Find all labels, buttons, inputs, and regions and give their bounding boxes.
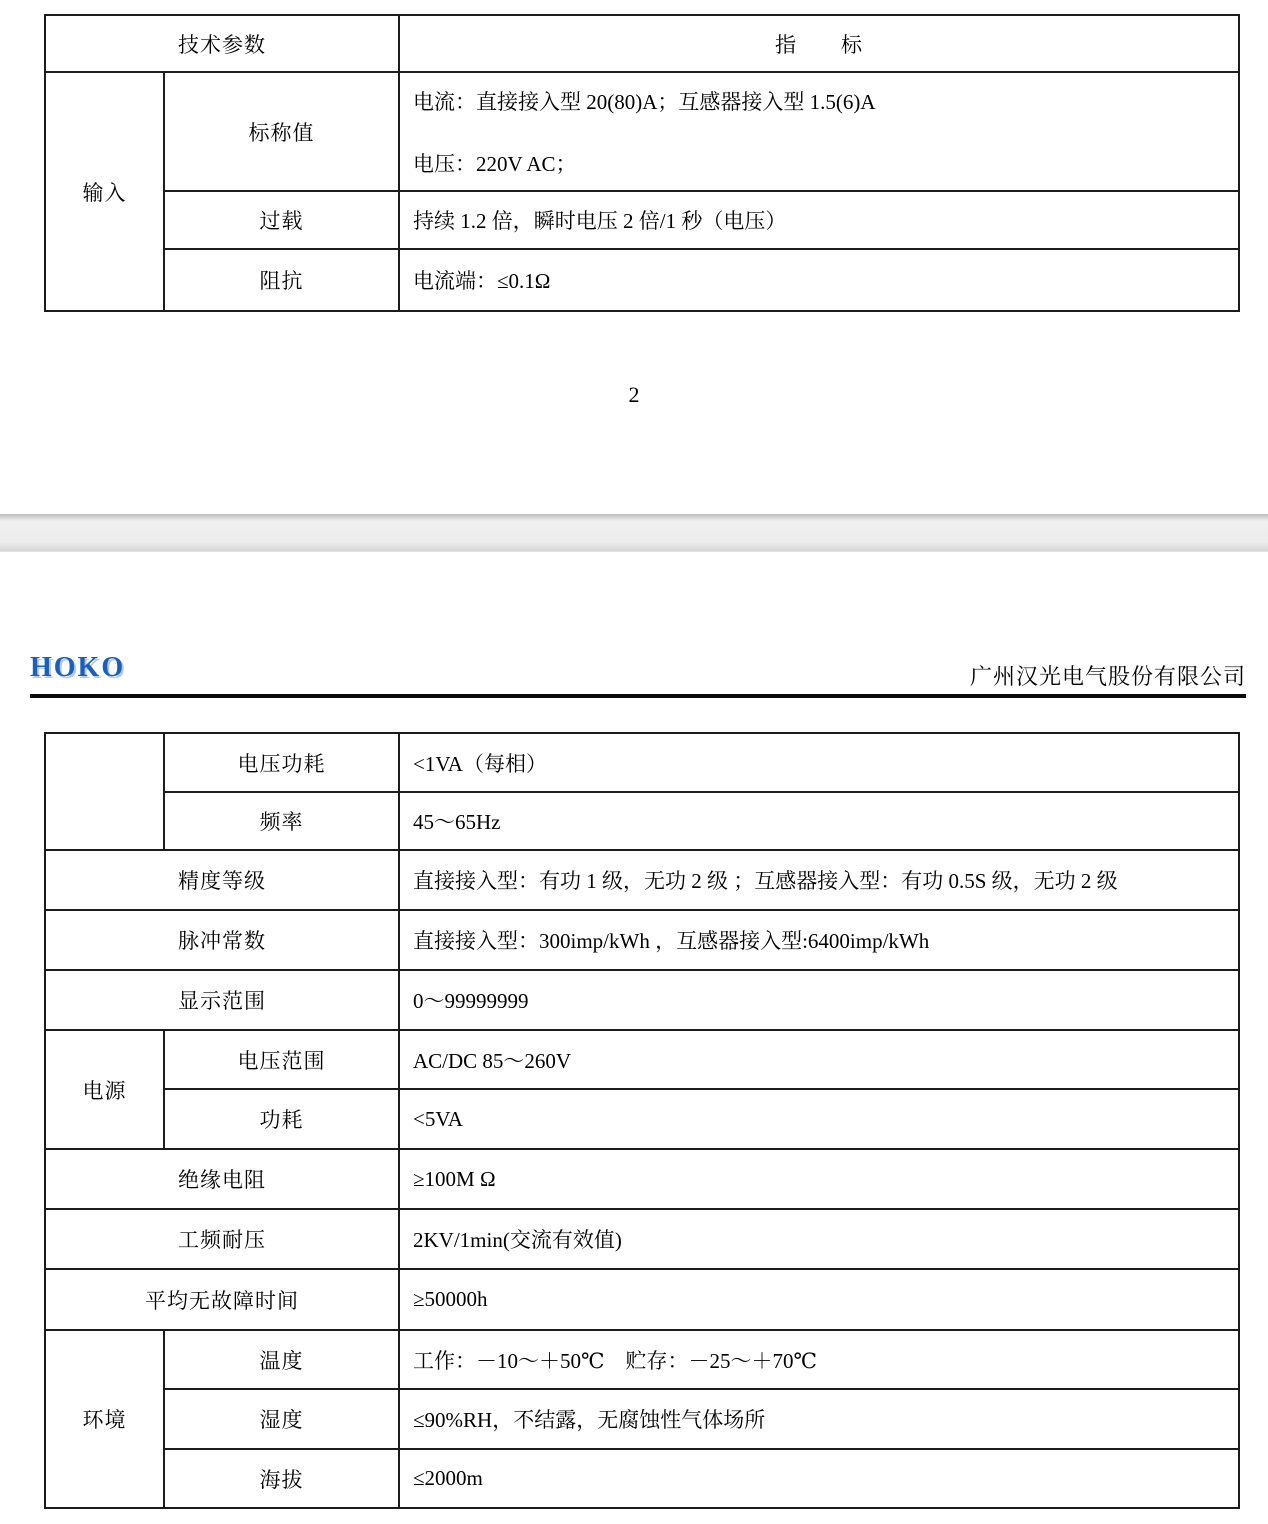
table-row: 技术参数 指 标 [45, 15, 1239, 72]
param-value-altitude: ≤2000m [399, 1449, 1239, 1508]
param-value-pulse-constant: 直接接入型：300imp/kWh ，互感器接入型:6400imp/kWh [399, 910, 1239, 970]
group-label-environment: 环境 [45, 1330, 164, 1508]
param-value-overload: 持续 1.2 倍，瞬时电压 2 倍/1 秒（电压） [399, 191, 1239, 249]
table-row: 电压功耗 <1VA（每相） [45, 733, 1239, 792]
table-row: 频率 45～65Hz [45, 792, 1239, 850]
nominal-voltage-line: 电压：220V AC； [413, 148, 1230, 178]
param-label-nominal: 标称值 [164, 72, 399, 191]
table-row: 平均无故障时间 ≥50000h [45, 1269, 1239, 1330]
table-row: 精度等级 直接接入型：有功 1 级，无功 2 级 ；互感器接入型：有功 0.5S… [45, 850, 1239, 910]
table-row: 环境 温度 工作：－10～＋50℃ 贮存：－25～＋70℃ [45, 1330, 1239, 1389]
table-row: 绝缘电阻 ≥100M Ω [45, 1149, 1239, 1209]
header-rule [30, 694, 1246, 698]
param-label-altitude: 海拔 [164, 1449, 399, 1508]
group-label-power: 电源 [45, 1030, 164, 1149]
param-label-temperature: 温度 [164, 1330, 399, 1389]
table-row: 脉冲常数 直接接入型：300imp/kWh ，互感器接入型:6400imp/kW… [45, 910, 1239, 970]
param-label-pulse-constant: 脉冲常数 [45, 910, 399, 970]
group-label-input: 输入 [45, 72, 164, 311]
param-value-voltage-range: AC/DC 85～260V [399, 1030, 1239, 1089]
param-label-display-range: 显示范围 [45, 970, 399, 1030]
company-name: 广州汉光电气股份有限公司 [970, 660, 1246, 691]
table-row: 阻抗 电流端：≤0.1Ω [45, 249, 1239, 311]
param-value-nominal: 电流：直接接入型 20(80)A；互感器接入型 1.5(6)A 电压：220V … [399, 72, 1239, 191]
param-value-impedance: 电流端：≤0.1Ω [399, 249, 1239, 311]
param-value-accuracy: 直接接入型：有功 1 级，无功 2 级 ；互感器接入型：有功 0.5S 级，无功… [399, 850, 1239, 910]
brand-logo: HOKO [30, 652, 125, 684]
param-value-display-range: 0～99999999 [399, 970, 1239, 1030]
param-label-impedance: 阻抗 [164, 249, 399, 311]
input-group-continuation-cell [45, 733, 164, 850]
nominal-value-lines: 电流：直接接入型 20(80)A；互感器接入型 1.5(6)A 电压：220V … [413, 86, 1230, 178]
param-label-humidity: 湿度 [164, 1389, 399, 1449]
page-number: 2 [0, 382, 1268, 408]
table-row: 显示范围 0～99999999 [45, 970, 1239, 1030]
spec-table-input: 技术参数 指 标 输入 标称值 电流：直接接入型 20(80)A；互感器接入型 … [44, 14, 1240, 312]
spec-table-specs: 电压功耗 <1VA（每相） 频率 45～65Hz 精度等级 直接接入型：有功 1… [44, 732, 1240, 1509]
param-value-withstand: 2KV/1min(交流有效值) [399, 1209, 1239, 1269]
param-label-consumption: 功耗 [164, 1089, 399, 1149]
table-row: 电源 电压范围 AC/DC 85～260V [45, 1030, 1239, 1089]
param-label-overload: 过载 [164, 191, 399, 249]
table-row: 过载 持续 1.2 倍，瞬时电压 2 倍/1 秒（电压） [45, 191, 1239, 249]
page-gap-divider [0, 514, 1268, 552]
param-value-mtbf: ≥50000h [399, 1269, 1239, 1330]
param-value-consumption: <5VA [399, 1089, 1239, 1149]
table-row: 湿度 ≤90%RH，不结露，无腐蚀性气体场所 [45, 1389, 1239, 1449]
table-row: 工频耐压 2KV/1min(交流有效值) [45, 1209, 1239, 1269]
param-value-temperature: 工作：－10～＋50℃ 贮存：－25～＋70℃ [399, 1330, 1239, 1389]
header-tech-params: 技术参数 [45, 15, 399, 72]
param-label-voltage-range: 电压范围 [164, 1030, 399, 1089]
header-indicator: 指 标 [399, 15, 1239, 72]
table-row: 功耗 <5VA [45, 1089, 1239, 1149]
param-label-frequency: 频率 [164, 792, 399, 850]
param-value-humidity: ≤90%RH，不结露，无腐蚀性气体场所 [399, 1389, 1239, 1449]
table-row: 海拔 ≤2000m [45, 1449, 1239, 1508]
table-row: 输入 标称值 电流：直接接入型 20(80)A；互感器接入型 1.5(6)A 电… [45, 72, 1239, 191]
param-label-insulation: 绝缘电阻 [45, 1149, 399, 1209]
param-label-mtbf: 平均无故障时间 [45, 1269, 399, 1330]
param-label-withstand: 工频耐压 [45, 1209, 399, 1269]
param-value-frequency: 45～65Hz [399, 792, 1239, 850]
param-value-voltage-power: <1VA（每相） [399, 733, 1239, 792]
param-label-accuracy: 精度等级 [45, 850, 399, 910]
nominal-current-line: 电流：直接接入型 20(80)A；互感器接入型 1.5(6)A [413, 86, 1230, 116]
param-value-insulation: ≥100M Ω [399, 1149, 1239, 1209]
param-label-voltage-power: 电压功耗 [164, 733, 399, 792]
